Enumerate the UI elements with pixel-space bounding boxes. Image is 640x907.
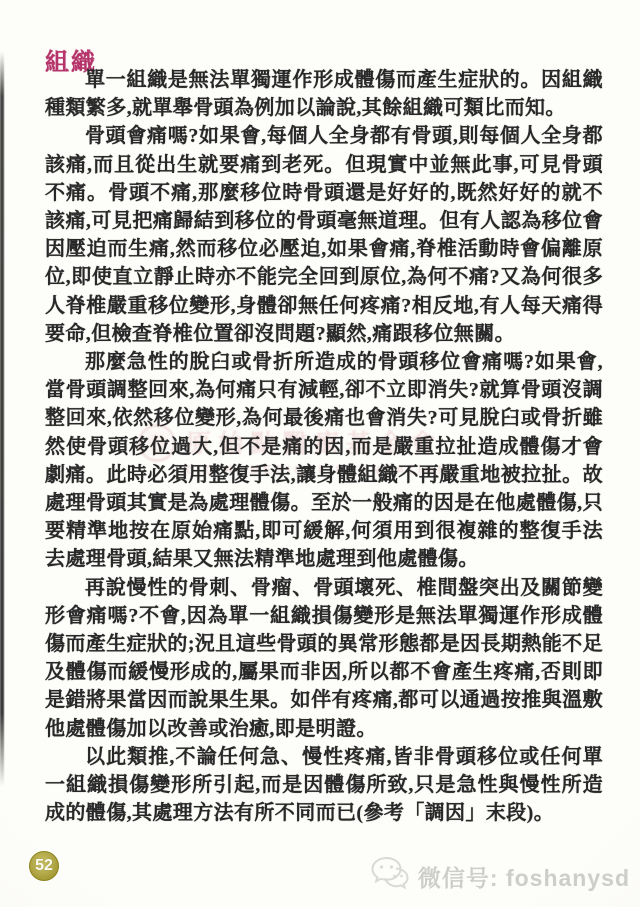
scan-edge-shadow: [0, 52, 4, 787]
wechat-icon: [370, 856, 410, 896]
body-paragraph: 骨頭會痛嗎?如果會,每個人全身都有骨頭,則每個人全身都該痛,而且從出生就要痛到老…: [45, 122, 603, 348]
body-paragraph: 那麼急性的脫臼或骨折所造成的骨頭移位會痛嗎?如果會,當骨頭調整回來,為何痛只有減…: [45, 348, 603, 574]
article-body: 單一組織是無法單獨運作形成體傷而產生症狀的。因組織種類繁多,就單舉骨頭為例加以論…: [45, 66, 603, 827]
body-paragraph: 單一組織是無法單獨運作形成體傷而產生症狀的。因組織種類繁多,就單舉骨頭為例加以論…: [45, 66, 603, 122]
wechat-watermark: 微信号: foshanysd: [370, 856, 630, 896]
page-number-badge: 52: [29, 851, 59, 881]
page-number: 52: [35, 857, 53, 875]
body-paragraph: 以此類推,不論任何急、慢性疼痛,皆非骨頭移位或任何單一組織損傷變形所引起,而是因…: [45, 743, 603, 828]
body-paragraph: 再說慢性的骨刺、骨瘤、骨頭壞死、椎間盤突出及關節變形會痛嗎?不會,因為單一組織損…: [45, 574, 603, 743]
wechat-id-text: 微信号: foshanysd: [418, 860, 630, 893]
scanned-book-page: 組織 原始點醫療基金會 C.C.H. MEDICAL FOUNDATION 單一…: [0, 0, 640, 907]
